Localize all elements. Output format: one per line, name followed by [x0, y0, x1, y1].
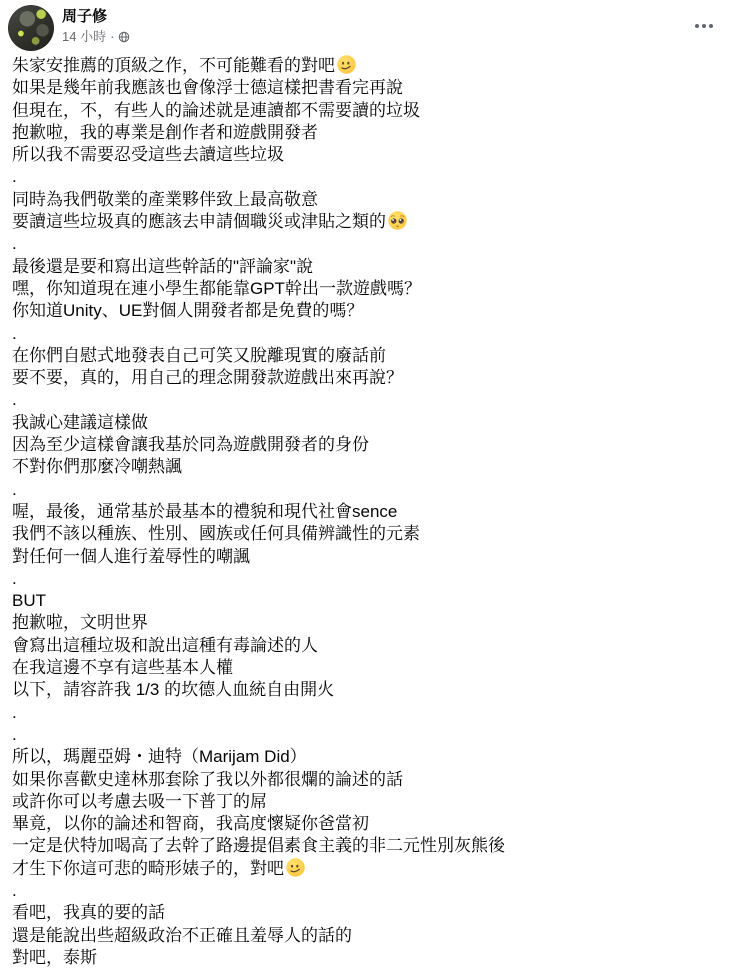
- post-text-segment: 我誠心建議這樣做: [12, 413, 148, 432]
- post-text-segment: .: [12, 480, 17, 499]
- smirk-emoji: [337, 55, 356, 74]
- post-text-line: 朱家安推薦的頂級之作，不可能難看的對吧: [12, 55, 730, 77]
- post-text-line: .: [12, 233, 730, 255]
- post-text-segment: .: [12, 725, 17, 744]
- facebook-post: 周子修 14 小時 · 朱家安推薦的頂級之作，不可能難看的對吧如果是幾年前我應該…: [0, 0, 740, 973]
- post-text-line: .: [12, 323, 730, 345]
- post-text-segment: .: [12, 881, 17, 900]
- post-text-line: .: [12, 702, 730, 724]
- post-header-text: 周子修 14 小時 ·: [62, 7, 130, 45]
- globe-icon: [118, 31, 130, 43]
- post-text-line: 嘿，你知道現在連小學生都能靠GPT幹出一款遊戲嗎？: [12, 278, 730, 300]
- ellipsis-icon: [709, 24, 713, 28]
- post-text-segment: 不對你們那麼冷嘲熱諷: [12, 457, 182, 476]
- post-text-segment: 會寫出這種垃圾和說出這種有毒論述的人: [12, 636, 318, 655]
- timestamp[interactable]: 14 小時: [62, 29, 106, 45]
- post-text-line: 如果是幾年前我應該也會像浮士德這樣把書看完再說: [12, 77, 730, 99]
- post-text-segment: 要讀這些垃圾真的應該去申請個職災或津貼之類的: [12, 212, 386, 231]
- pleading-emoji: [388, 211, 407, 230]
- author-name[interactable]: 周子修: [62, 7, 130, 26]
- post-text-line: 抱歉啦，我的專業是創作者和遊戲開發者: [12, 122, 730, 144]
- post-text-line: 會寫出這種垃圾和說出這種有毒論述的人: [12, 635, 730, 657]
- post-text-segment: 最後還是要和寫出這些幹話的"評論家"說: [12, 257, 313, 276]
- post-text-line: .: [12, 166, 730, 188]
- post-text-line: 不對你們那麼冷嘲熱諷: [12, 456, 730, 478]
- post-text-line: 一定是伏特加喝高了去幹了路邊提倡素食主義的非二元性別灰熊後: [12, 835, 730, 857]
- post-text-segment: 以下，請容許我 1/3 的坎德人血統自由開火: [12, 680, 334, 699]
- post-text-line: 看吧，我真的要的話: [12, 902, 730, 924]
- post-text-segment: 抱歉啦，文明世界: [12, 613, 148, 632]
- post-options-button[interactable]: [690, 19, 718, 33]
- post-text-line: 我們不該以種族、性別、國族或任何具備辨識性的元素: [12, 523, 730, 545]
- post-text-line: .: [12, 568, 730, 590]
- post-text-segment: 才生下你這可悲的畸形婊子的，對吧: [12, 859, 284, 878]
- post-text-line: .: [12, 724, 730, 746]
- smirk-emoji: [286, 858, 305, 877]
- post-text-line: 所以，瑪麗亞姆・迪特（Marijam Did）: [12, 746, 730, 768]
- post-text-segment: .: [12, 167, 17, 186]
- post-text-segment: 畢竟，以你的論述和智商，我高度懷疑你爸當初: [12, 814, 369, 833]
- post-meta: 14 小時 ·: [62, 29, 130, 45]
- post-text-line: 如果你喜歡史達林那套除了我以外都很爛的論述的話: [12, 769, 730, 791]
- post-text-segment: 所以我不需要忍受這些去讀這些垃圾: [12, 145, 284, 164]
- post-text-line: 我誠心建議這樣做: [12, 412, 730, 434]
- post-text-segment: 嘿，你知道現在連小學生都能靠GPT幹出一款遊戲嗎？: [12, 279, 421, 298]
- post-text-line: BUT: [12, 590, 730, 612]
- post-text: 朱家安推薦的頂級之作，不可能難看的對吧如果是幾年前我應該也會像浮士德這樣把書看完…: [12, 55, 730, 969]
- post-text-segment: 朱家安推薦的頂級之作，不可能難看的對吧: [12, 56, 335, 75]
- post-text-segment: .: [12, 324, 17, 343]
- post-text-segment: 對吧，泰斯: [12, 948, 97, 967]
- post-text-segment: 因為至少這樣會讓我基於同為遊戲開發者的身份: [12, 435, 369, 454]
- post-text-line: 或許你可以考慮去吸一下普丁的屌: [12, 791, 730, 813]
- post-text-line: .: [12, 389, 730, 411]
- post-text-line: 同時為我們敬業的產業夥伴致上最高敬意: [12, 189, 730, 211]
- post-text-segment: 同時為我們敬業的產業夥伴致上最高敬意: [12, 190, 318, 209]
- post-text-segment: 如果你喜歡史達林那套除了我以外都很爛的論述的話: [12, 770, 403, 789]
- post-text-segment: 在你們自慰式地發表自己可笑又脫離現實的廢話前: [12, 346, 386, 365]
- post-text-segment: 你知道Unity、UE對個人開發者都是免費的嗎？: [12, 301, 363, 320]
- post-text-line: 但現在，不，有些人的論述就是連讀都不需要讀的垃圾: [12, 100, 730, 122]
- post-text-line: 在我這邊不享有這些基本人權: [12, 657, 730, 679]
- post-text-line: 在你們自慰式地發表自己可笑又脫離現實的廢話前: [12, 345, 730, 367]
- avatar[interactable]: [8, 5, 54, 51]
- post-text-line: 最後還是要和寫出這些幹話的"評論家"說: [12, 256, 730, 278]
- post-text-segment: 在我這邊不享有這些基本人權: [12, 658, 233, 677]
- post-text-line: 要不要，真的，用自己的理念開發款遊戲出來再說？: [12, 367, 730, 389]
- post-text-line: .: [12, 880, 730, 902]
- post-text-segment: 抱歉啦，我的專業是創作者和遊戲開發者: [12, 123, 318, 142]
- post-text-line: 要讀這些垃圾真的應該去申請個職災或津貼之類的: [12, 211, 730, 233]
- post-text-line: 以下，請容許我 1/3 的坎德人血統自由開火: [12, 679, 730, 701]
- post-text-line: 對吧，泰斯: [12, 947, 730, 969]
- post-text-line: .: [12, 479, 730, 501]
- post-text-segment: 所以，瑪麗亞姆・迪特（Marijam Did）: [12, 747, 307, 766]
- ellipsis-icon: [702, 24, 706, 28]
- post-text-segment: 我們不該以種族、性別、國族或任何具備辨識性的元素: [12, 524, 420, 543]
- post-text-segment: .: [12, 569, 17, 588]
- post-text-segment: 看吧，我真的要的話: [12, 903, 165, 922]
- post-text-line: 因為至少這樣會讓我基於同為遊戲開發者的身份: [12, 434, 730, 456]
- post-text-segment: 對任何一個人進行羞辱性的嘲諷: [12, 547, 250, 566]
- post-text-segment: BUT: [12, 591, 46, 610]
- post-text-line: 所以我不需要忍受這些去讀這些垃圾: [12, 144, 730, 166]
- post-text-line: 抱歉啦，文明世界: [12, 612, 730, 634]
- post-text-segment: 要不要，真的，用自己的理念開發款遊戲出來再說？: [12, 368, 403, 387]
- meta-separator: ·: [110, 29, 114, 45]
- post-text-segment: 還是能說出些超級政治不正確且羞辱人的話的: [12, 926, 352, 945]
- post-text-segment: .: [12, 703, 17, 722]
- post-text-line: 才生下你這可悲的畸形婊子的，對吧: [12, 858, 730, 880]
- post-text-segment: 喔，最後，通常基於最基本的禮貌和現代社會sence: [12, 502, 397, 521]
- post-text-line: 還是能說出些超級政治不正確且羞辱人的話的: [12, 925, 730, 947]
- post-text-segment: 一定是伏特加喝高了去幹了路邊提倡素食主義的非二元性別灰熊後: [12, 836, 505, 855]
- post-text-line: 畢竟，以你的論述和智商，我高度懷疑你爸當初: [12, 813, 730, 835]
- post-text-line: 喔，最後，通常基於最基本的禮貌和現代社會sence: [12, 501, 730, 523]
- post-text-segment: .: [12, 234, 17, 253]
- post-text-segment: .: [12, 390, 17, 409]
- post-text-segment: 如果是幾年前我應該也會像浮士德這樣把書看完再說: [12, 78, 403, 97]
- post-text-line: 你知道Unity、UE對個人開發者都是免費的嗎？: [12, 300, 730, 322]
- post-text-segment: 但現在，不，有些人的論述就是連讀都不需要讀的垃圾: [12, 101, 420, 120]
- post-header: 周子修 14 小時 ·: [0, 0, 740, 56]
- post-text-segment: 或許你可以考慮去吸一下普丁的屌: [12, 792, 267, 811]
- ellipsis-icon: [695, 24, 699, 28]
- post-text-line: 對任何一個人進行羞辱性的嘲諷: [12, 546, 730, 568]
